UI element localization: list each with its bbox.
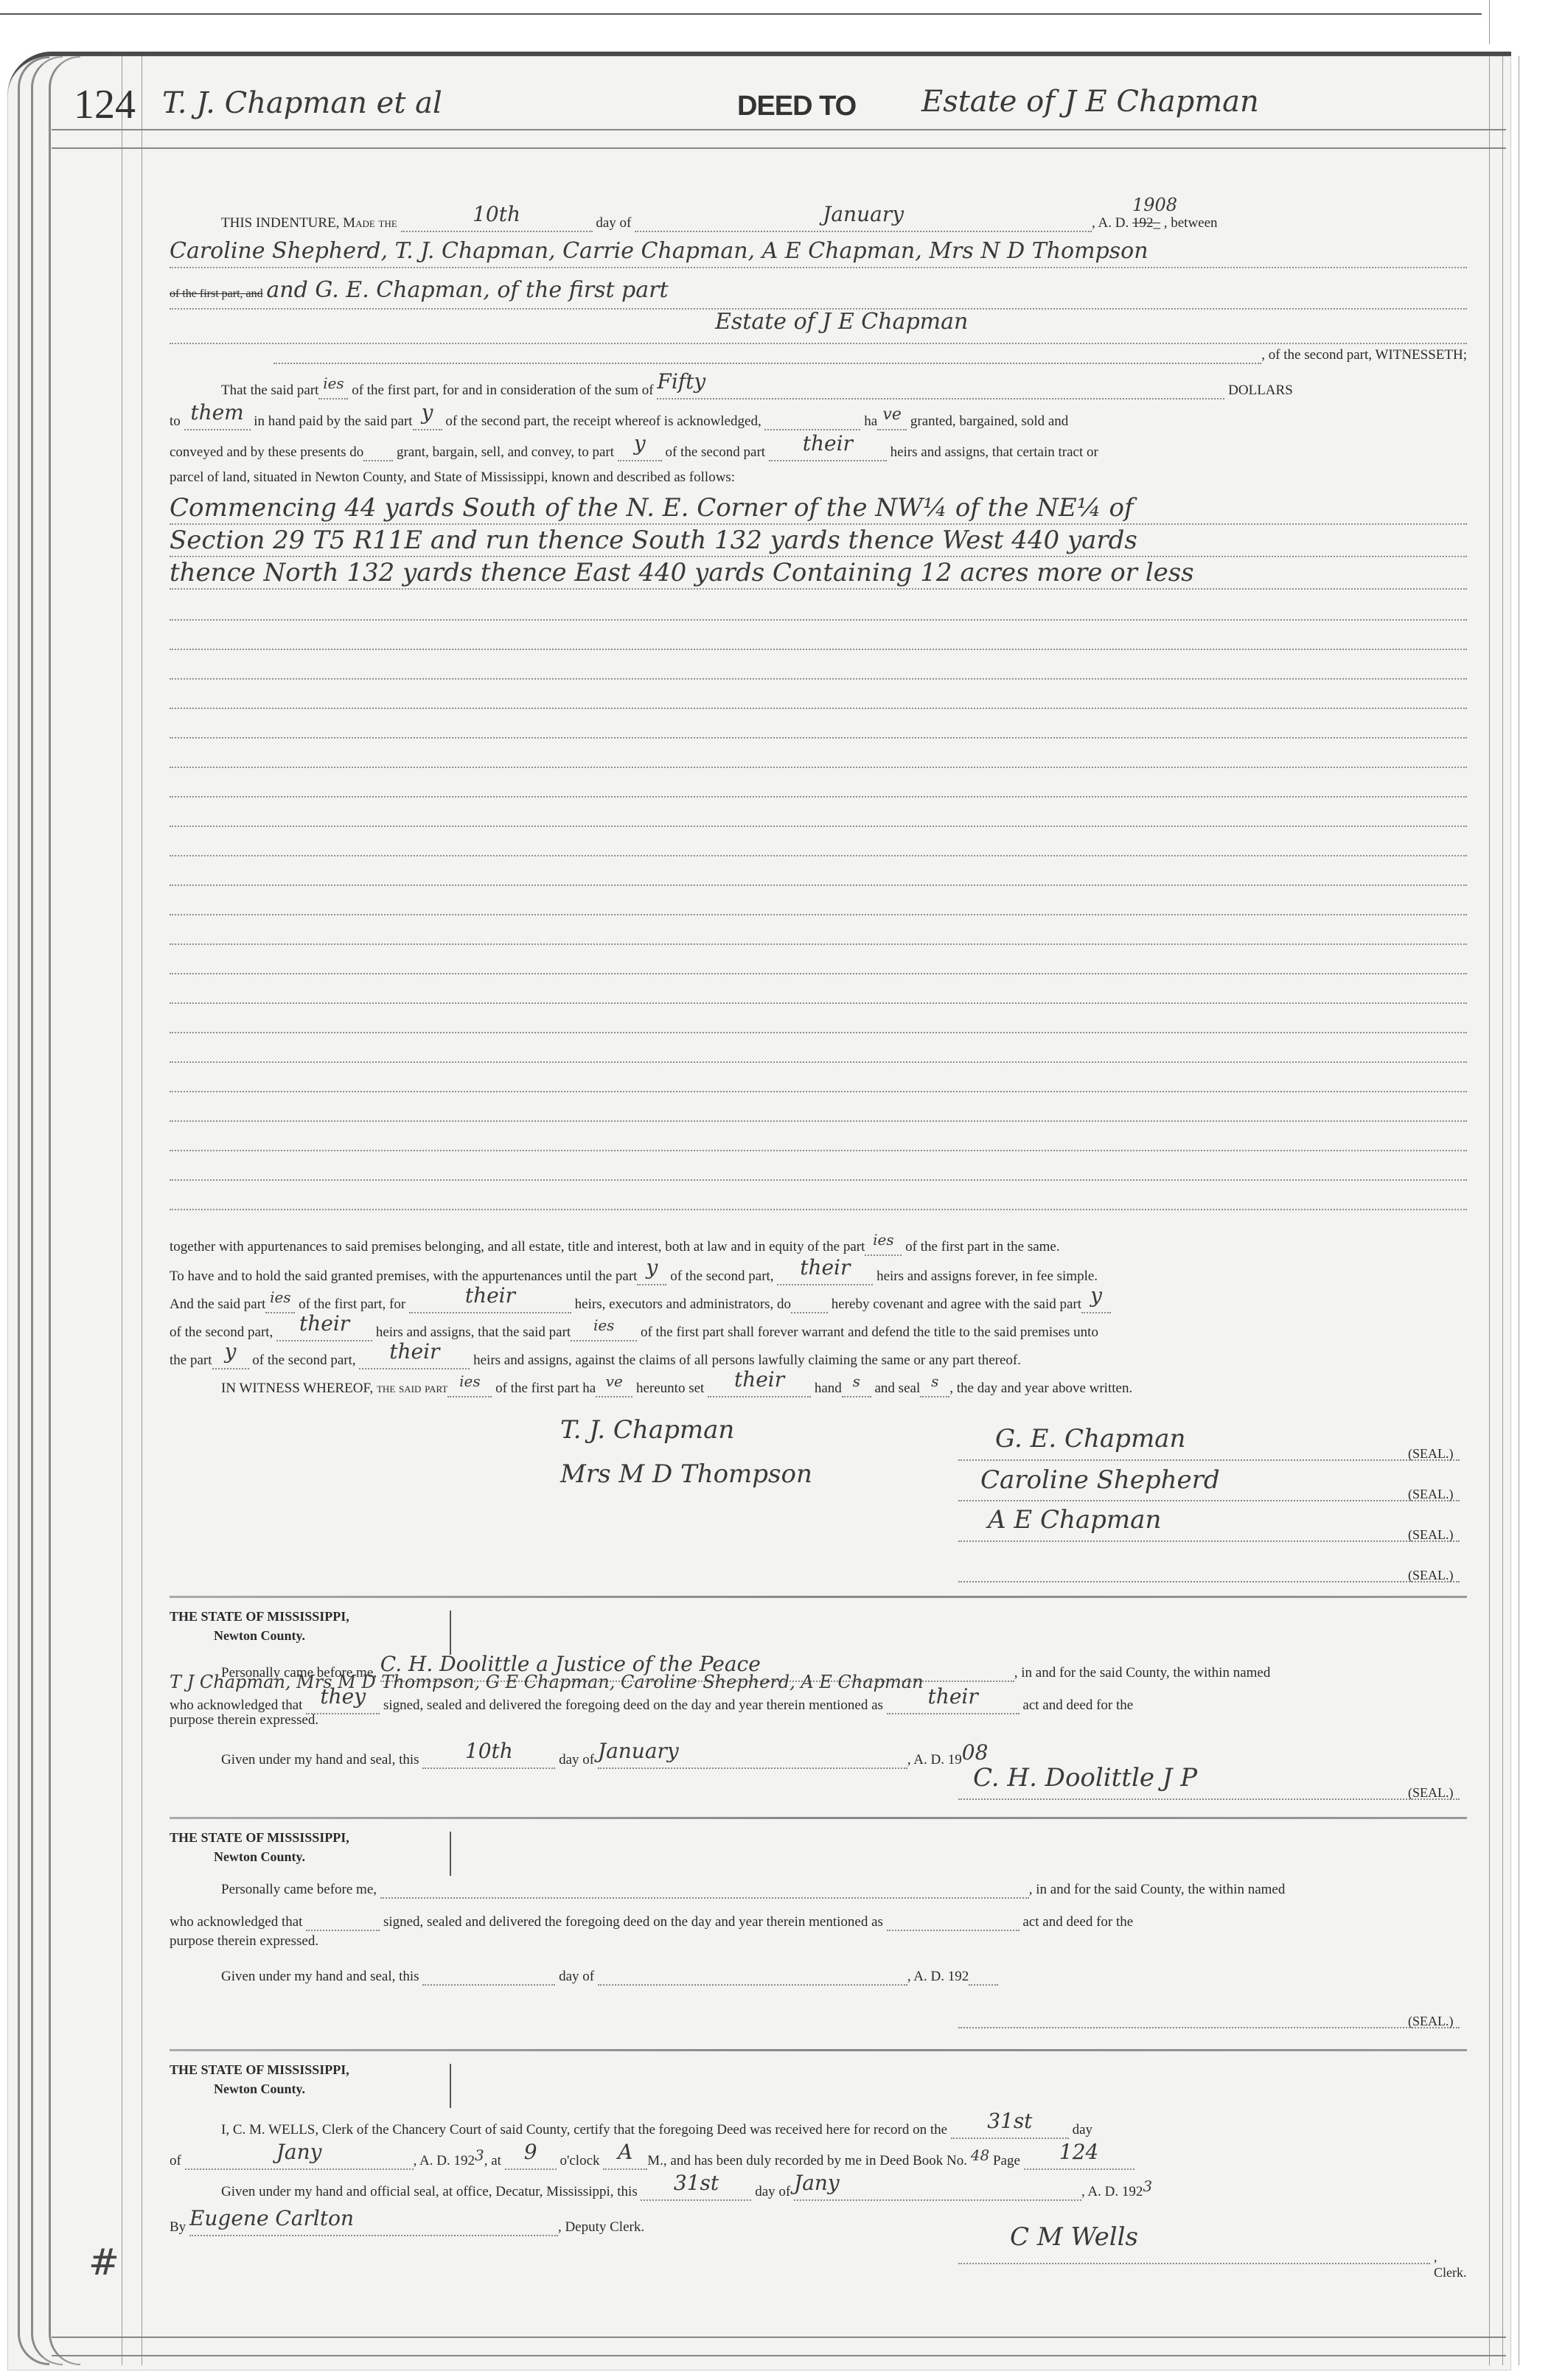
deed-header: 124 T. J. Chapman et al DEED TO Estate o… [74,77,1474,129]
blank-ruled-line [170,1120,1467,1122]
blank-ruled-line [170,678,1467,680]
signature-line [958,1798,1460,1800]
header-rule [52,147,1506,149]
habendum-line-3: And the said parties of the first part, … [170,1291,1467,1313]
ack1-given-line: Given under my hand and seal, this 10th … [170,1747,1519,1769]
seal-label: (SEAL.) [1408,1527,1454,1543]
blank-ruled-line [170,1061,1467,1063]
seal-label: (SEAL.) [1408,2014,1454,2029]
indenture-line: THIS INDENTURE, Made the 10th day of Jan… [170,210,1519,232]
first-parties-line-2: of the first part, and and G. E. Chapman… [170,282,1467,310]
witness-signature: Mrs M D Thompson [560,1459,812,1489]
blank-ruled-line [170,1179,1467,1181]
clerk-line-1: I, C. M. WELLS, Clerk of the Chancery Co… [170,2117,1519,2139]
margin-rule [1519,56,1519,2365]
grantor-signature: Caroline Shepherd [980,1465,1220,1495]
signature-line [958,1500,1460,1501]
grantor-signature: A E Chapman [988,1505,1161,1535]
given-day: 31st [674,2171,719,2195]
witness-signature: T. J. Chapman [560,1415,734,1445]
blank-ruled-line [170,796,1467,798]
footer-rule [52,2337,1506,2338]
consideration-sum: Fifty [657,369,705,394]
land-description-line: thence North 132 yards thence East 440 y… [170,557,1467,590]
ack2-line-2: who acknowledged that signed, sealed and… [170,1913,1467,1931]
blank-ruled-line [170,1002,1467,1004]
blank-ruled-line [170,1150,1467,1151]
blank-ruled-line [170,1032,1467,1033]
scan-top-edge [0,13,1482,15]
signature-line [958,1581,1460,1582]
ack2-given-line: Given under my hand and seal, this day o… [170,1968,1519,1986]
deed-book-page: 124 [1059,2140,1098,2164]
seal-label: (SEAL.) [1408,1568,1454,1583]
signature-line [958,2027,1460,2028]
blank-ruled-line [170,1091,1467,1092]
scan-right-edge [1489,0,1490,44]
clerk-line-3: Given under my hand and official seal, a… [170,2179,1519,2201]
given-month: Jany [794,2171,840,2195]
clerk-label: , Clerk. [1434,2250,1467,2280]
printed-year-struck: 192_ [1132,215,1160,231]
blank-ruled-line [170,973,1467,974]
seal-label: (SEAL.) [1408,1446,1454,1462]
grantee-name: Estate of J E Chapman [921,85,1259,119]
state-county-heading: THE STATE OF MISSISSIPPI, Newton County. [170,1828,349,1866]
ack2-line-3: purpose therein expressed. [170,1933,1467,1950]
signature-line [958,2263,1430,2264]
margin-rule [1502,56,1503,2365]
signature-line [958,1540,1460,1542]
page-binding-curve [49,56,80,2365]
indenture-year: 1908 [1132,196,1177,214]
second-party-name: Estate of J E Chapman [715,309,968,335]
consideration-line-4: parcel of land, situated in Newton Count… [170,469,1467,486]
blank-ruled-line [170,708,1467,709]
blank-ruled-line [170,855,1467,856]
signature-line [958,1459,1460,1461]
received-day: 31st [987,2109,1032,2133]
clerk-line-2: of Jany, A. D. 1923, at 9 o'clock AM., a… [170,2148,1467,2170]
seal-label: (SEAL.) [1408,1785,1454,1801]
received-month: Jany [276,2140,322,2164]
header-rule [52,129,1506,130]
second-party-line: Estate of J E Chapman [170,313,1467,344]
blank-ruled-line [170,1209,1467,1210]
seal-label: (SEAL.) [1408,1487,1454,1502]
deed-to-label: DEED TO [737,91,856,122]
ack1-year: 08 [962,1740,989,1765]
blank-ruled-line [170,649,1467,650]
consideration-line-2: to them in hand paid by the said party o… [170,408,1467,430]
received-ampm: A [618,2140,632,2164]
clerk-signature: C M Wells [1010,2222,1138,2252]
brace [450,2064,451,2108]
state-county-heading: THE STATE OF MISSISSIPPI, Newton County. [170,1607,349,1645]
margin-rule [142,56,142,2365]
brace [450,1832,451,1876]
ack1-line-3: purpose therein expressed. [170,1711,1467,1729]
ack1-day: 10th [465,1739,513,1763]
margin-rule [1489,56,1490,2365]
land-description-line: Commencing 44 yards South of the N. E. C… [170,492,1467,525]
consideration-line-1: That the said parties of the first part,… [170,377,1519,399]
grantor-signature: G. E. Chapman [995,1424,1185,1454]
habendum-line-4: of the second part, their heirs and assi… [170,1319,1467,1341]
blank-ruled-line [170,619,1467,621]
ack2-line-1: Personally came before me, , in and for … [170,1881,1519,1899]
state-county-heading: THE STATE OF MISSISSIPPI, Newton County. [170,2060,349,2098]
received-year: 3 [475,2146,484,2164]
blank-ruled-line [170,884,1467,886]
second-part-witnesseth: , of the second part, WITNESSETH; [170,346,1467,364]
ack1-month: January [598,1739,679,1763]
deed-book-number: 48 [971,2146,989,2164]
habendum-line-2: To have and to hold the said granted pre… [170,1263,1467,1285]
section-divider [170,1596,1467,1598]
grantor-name: T. J. Chapman et al [162,86,442,120]
brace [450,1610,451,1655]
indenture-day: 10th [473,202,520,226]
footer-rule [52,2355,1506,2356]
witness-whereof-line: IN WITNESS WHEREOF, the said parties of … [170,1375,1519,1397]
given-year: 3 [1143,2177,1152,2195]
land-description-line: Section 29 T5 R11E and run thence South … [170,525,1467,557]
first-parties-line: Caroline Shepherd, T. J. Chapman, Carrie… [170,236,1467,268]
margin-hash-mark: # [88,2241,119,2283]
received-hour: 9 [524,2140,537,2164]
blank-ruled-line [170,737,1467,739]
section-divider [170,2049,1467,2051]
indenture-month: January [823,202,904,226]
section-divider [170,1817,1467,1819]
consideration-line-3: conveyed and by these presents do grant,… [170,439,1467,461]
habendum-line-1: together with appurtenances to said prem… [170,1235,1467,1256]
margin-rule [122,56,122,2365]
habendum-line-5: the party of the second part, their heir… [170,1347,1467,1369]
justice-signature: C. H. Doolittle J P [973,1763,1197,1793]
deputy-clerk-line: By Eugene Carlton, Deputy Clerk. [170,2214,1467,2236]
deputy-clerk-signature: Eugene Carlton [189,2206,354,2230]
blank-ruled-line [170,826,1467,827]
blank-ruled-line [170,914,1467,915]
page-number: 124 [74,81,136,128]
blank-ruled-line [170,767,1467,768]
blank-ruled-line [170,943,1467,945]
